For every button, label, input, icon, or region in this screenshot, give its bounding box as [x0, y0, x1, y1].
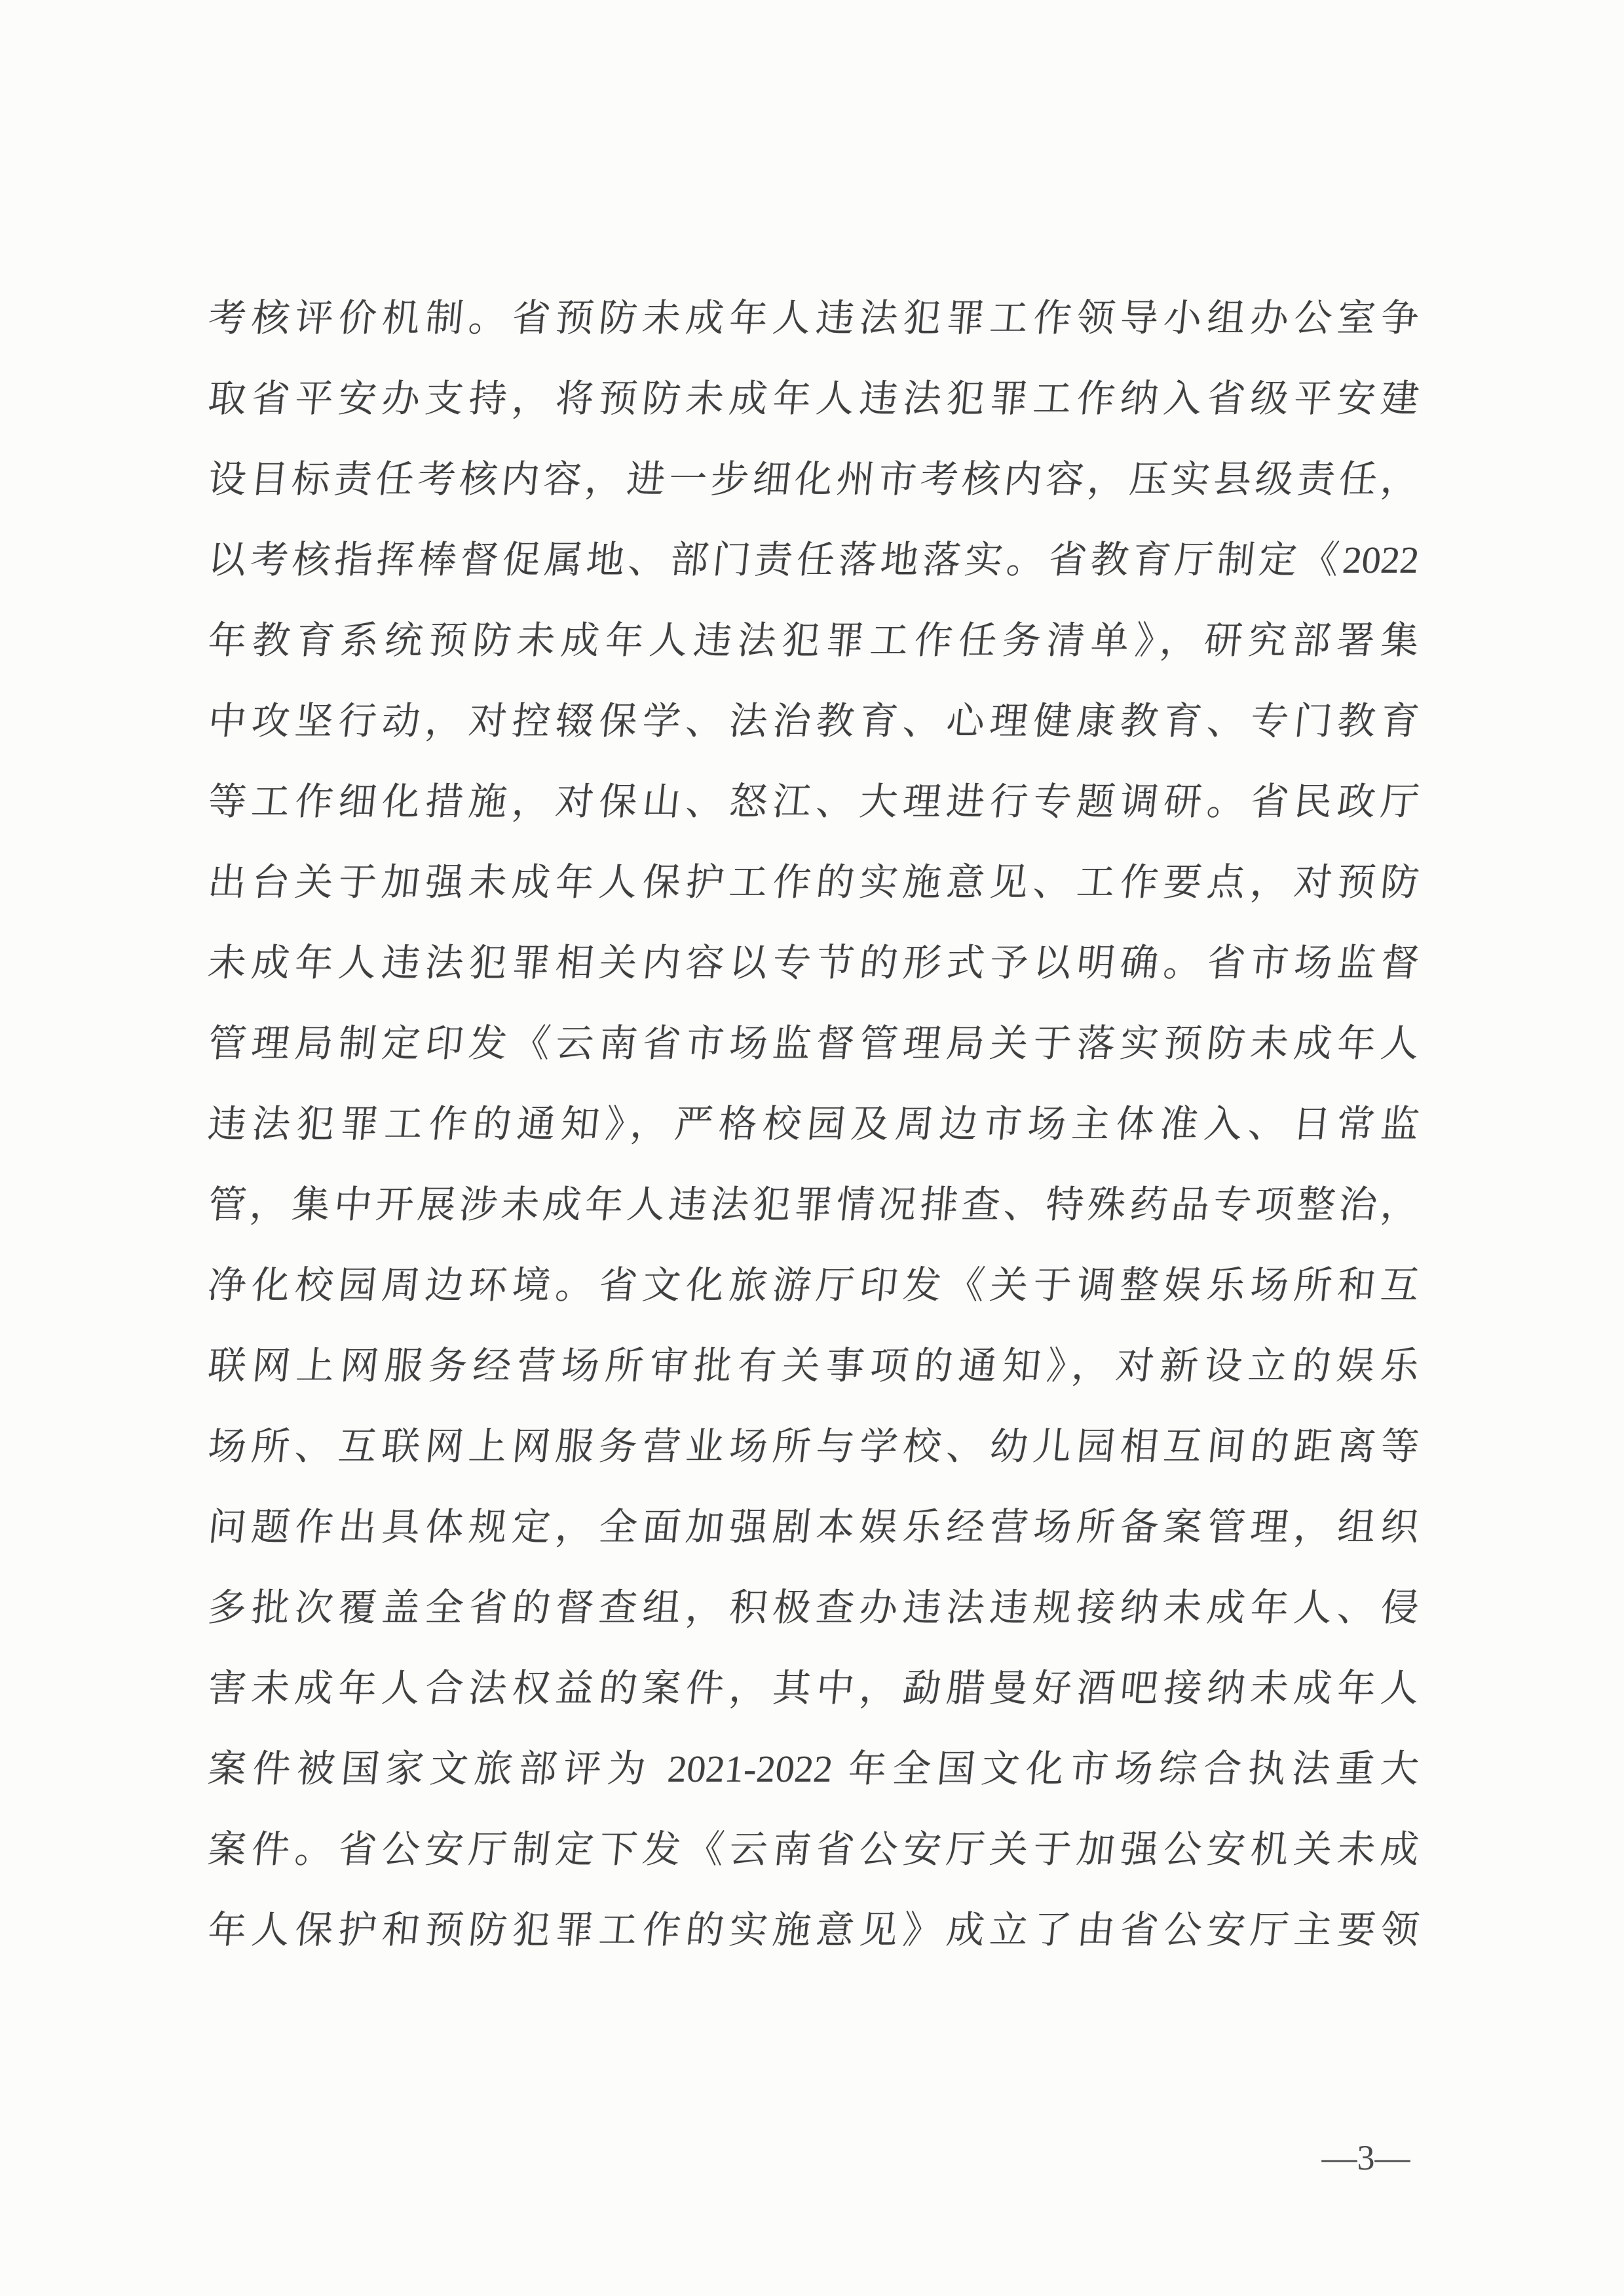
body-paragraph: 考核评价机制。省预防未成年人违法犯罪工作领导小组办公室争 取省平安办支持，将预防…	[204, 278, 1415, 1970]
paragraph-line: 违法犯罪工作的通知》，严格校园及周边市场主体准入、日常监	[204, 1084, 1423, 1164]
paragraph-line: 出台关于加强未成年人保护工作的实施意见、工作要点，对预防	[204, 842, 1423, 923]
paragraph-line: 管，集中开展涉未成年人违法犯罪情况排查、特殊药品专项整治，	[204, 1164, 1423, 1245]
paragraph-line: 未成年人违法犯罪相关内容以专节的形式予以明确。省市场监督	[204, 923, 1423, 1003]
paragraph-line: 问题作出具体规定，全面加强剧本娱乐经营场所备案管理，组织	[204, 1487, 1423, 1567]
paragraph-line: 净化校园周边环境。省文化旅游厅印发《关于调整娱乐场所和互	[204, 1245, 1423, 1326]
paragraph-line: 害未成年人合法权益的案件，其中，勐腊曼好酒吧接纳未成年人	[204, 1648, 1423, 1729]
paragraph-line: 设目标责任考核内容，进一步细化州市考核内容，压实县级责任，	[204, 439, 1423, 520]
paragraph-line: 年人保护和预防犯罪工作的实施意见》成立了由省公安厅主要领	[204, 1890, 1423, 1970]
paragraph-line: 以考核指挥棒督促属地、部门责任落地落实。省教育厅制定《2022	[204, 520, 1423, 600]
paragraph-line: 多批次覆盖全省的督查组，积极查办违法违规接纳未成年人、侵	[204, 1567, 1423, 1648]
paragraph-line: 联网上网服务经营场所审批有关事项的通知》，对新设立的娱乐	[204, 1326, 1423, 1406]
paragraph-line: 场所、互联网上网服务营业场所与学校、幼儿园相互间的距离等	[204, 1406, 1423, 1487]
paragraph-line: 中攻坚行动，对控辍保学、法治教育、心理健康教育、专门教育	[204, 681, 1423, 761]
paragraph-line: 取省平安办支持，将预防未成年人违法犯罪工作纳入省级平安建	[204, 358, 1423, 439]
page-number: —3—	[1307, 2137, 1425, 2178]
paragraph-line: 管理局制定印发《云南省市场监督管理局关于落实预防未成年人	[204, 1003, 1423, 1084]
paragraph-line: 年教育系统预防未成年人违法犯罪工作任务清单》，研究部署集	[204, 600, 1423, 681]
paragraph-line: 案件。省公安厅制定下发《云南省公安厅关于加强公安机关未成	[204, 1809, 1423, 1890]
paragraph-line: 等工作细化措施，对保山、怒江、大理进行专题调研。省民政厅	[204, 761, 1423, 842]
document-page: 考核评价机制。省预防未成年人违法犯罪工作领导小组办公室争 取省平安办支持，将预防…	[0, 0, 1624, 2296]
paragraph-line: 案件被国家文旅部评为 2021-2022 年全国文化市场综合执法重大	[204, 1729, 1423, 1809]
paragraph-line: 考核评价机制。省预防未成年人违法犯罪工作领导小组办公室争	[204, 278, 1423, 358]
